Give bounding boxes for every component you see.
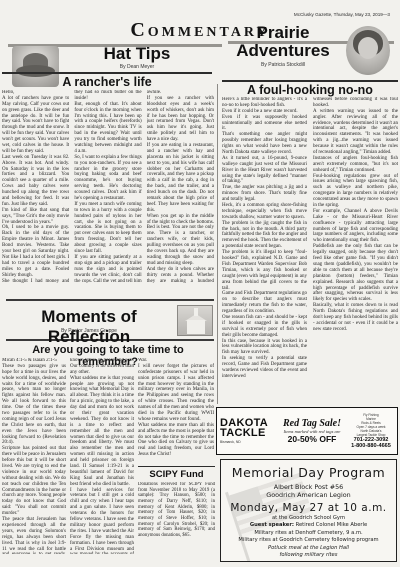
hat-tips-byline: By Dean Meyer [62, 64, 212, 70]
memorial-speaker-label: Guest speaker: [250, 522, 294, 528]
rancher-headline: A rancher's life [2, 75, 212, 89]
moments-col-3: War. I will never forget the pictures of… [138, 358, 214, 462]
dakota-address: Bismarck, ND [220, 440, 276, 444]
memorial-location: at the Goodrich School Gym [221, 515, 396, 523]
memorial-datetime: Monday, May 27 at 10 a.m. [221, 502, 396, 514]
church-steeple-shape [194, 308, 198, 316]
dakota-phone-2: 1-800-880-4665 [348, 443, 394, 449]
church-building-shape [187, 320, 205, 334]
memorial-org-line2: Goodrich American Legion [221, 491, 396, 499]
memorial-meal-1: Potluck meal at the Legion Hall [221, 545, 396, 553]
hat-tips-col-2: they had so much butter on the inside! B… [74, 90, 141, 284]
memorial-day-ad: Memorial Day Program Albert Block Post #… [220, 459, 397, 562]
prairie-title-line2: Adventures [222, 42, 344, 59]
foul-hooking-col-1: Here's a little reminder to anglers - it… [222, 97, 307, 405]
hat-tips-rule [2, 72, 212, 74]
scipy-fund-body: Donations received for SCIPY Fund from N… [138, 482, 215, 562]
page-folio: McClusky Gazette, Thursday, May 23, 2019… [294, 12, 390, 17]
moments-byline: By Pastor James Gruppe [6, 328, 172, 334]
moments-col-2: known times of peace and war. Our countr… [70, 358, 134, 554]
moments-title: Moments of Reflection [6, 307, 172, 347]
discount-text: 20-50% OFF [279, 434, 345, 444]
scipy-fund-box: SCIPY Fund Donations received for SCIPY … [138, 466, 215, 562]
moments-banner: Moments of Reflection By Pastor James Gr… [6, 299, 214, 341]
scipy-fund-title: SCIPY Fund [138, 469, 215, 480]
red-tag-sale-title: Red Tag Sale! [279, 418, 345, 429]
memorial-rites-2: Military rites at Goodrich Cemetery foll… [221, 537, 396, 545]
hat-tips-col-3: awhile. If you see a rancher with bloods… [147, 90, 214, 284]
dakota-name-line2: TACKLE [220, 428, 276, 438]
hat-tips-col-1: Hello, A lot of ranchers have gone to Ma… [2, 90, 69, 284]
memorial-ad-title: Memorial Day Program [221, 465, 396, 480]
column-divider-rule [217, 84, 218, 404]
prairie-title-line1: Prairie [222, 24, 344, 41]
hat-tips-title: Hat Tips [62, 45, 212, 62]
portrait-face-shape [358, 37, 378, 59]
dakota-sale-block: Red Tag Sale! Items marked with red tags… [279, 410, 345, 452]
dakota-tackle-logo: DAKOTA TACKLE Bismarck, ND [220, 410, 276, 452]
author-portrait-photo [346, 26, 390, 75]
foul-hooking-headline: A foul-hooking no-no [222, 83, 398, 97]
memorial-speaker: Guest speaker: Retired Colonel Mike Aber… [221, 522, 396, 530]
memorial-speaker-name: Retired Colonel Mike Aberle [296, 522, 368, 528]
dakota-details: Fly Fishing Marine Rods & Reels Open 7 d… [348, 413, 394, 437]
memorial-org-line1: Albert Block Post #56 [221, 483, 396, 491]
church-photo [177, 305, 213, 336]
prairie-rule [222, 80, 398, 82]
prairie-byline: By Patricia Stockdill [222, 62, 344, 68]
memorial-meal-2: following military rites [221, 552, 396, 560]
foul-hooking-col-2: witnesses before concluding it was foul … [313, 97, 398, 405]
dakota-contact-block: Fly Fishing Marine Rods & Reels Open 7 d… [348, 410, 394, 452]
newspaper-page: McClusky Gazette, Thursday, May 23, 2019… [0, 0, 400, 567]
memorial-rites-1: Military rites at Denhoff Cemetery, 9 a.… [221, 530, 396, 538]
moments-col-1: Micah 4:1-5 & Isaiah 2:1-5 These two pas… [2, 358, 66, 554]
foul-hooking-article: Here's a little reminder to anglers - it… [222, 97, 398, 405]
dakota-tackle-ad: DAKOTA TACKLE Bismarck, ND Red Tag Sale!… [216, 407, 398, 455]
hat-tips-article: Hello, A lot of ranchers have gone to Ma… [2, 90, 214, 284]
